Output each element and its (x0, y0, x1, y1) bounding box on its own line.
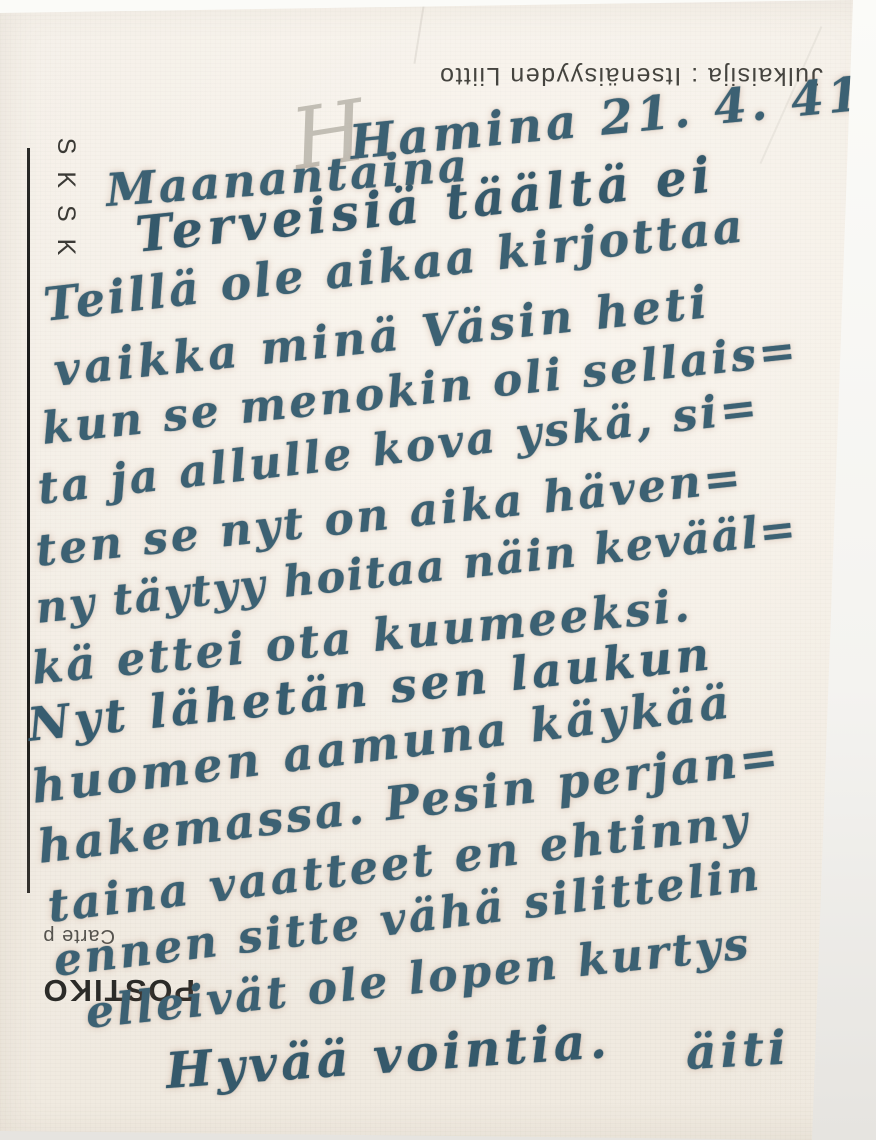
closing-line: Hyvää vointia. (164, 1011, 612, 1100)
address-divider-rule (27, 148, 30, 893)
signature: äiti (685, 1021, 792, 1081)
printed-series-mark-sideways: SKSK (50, 120, 80, 290)
postcard-scan: Julkaisija : Itsenäisyyden Liitto SKSK C… (0, 0, 876, 1140)
